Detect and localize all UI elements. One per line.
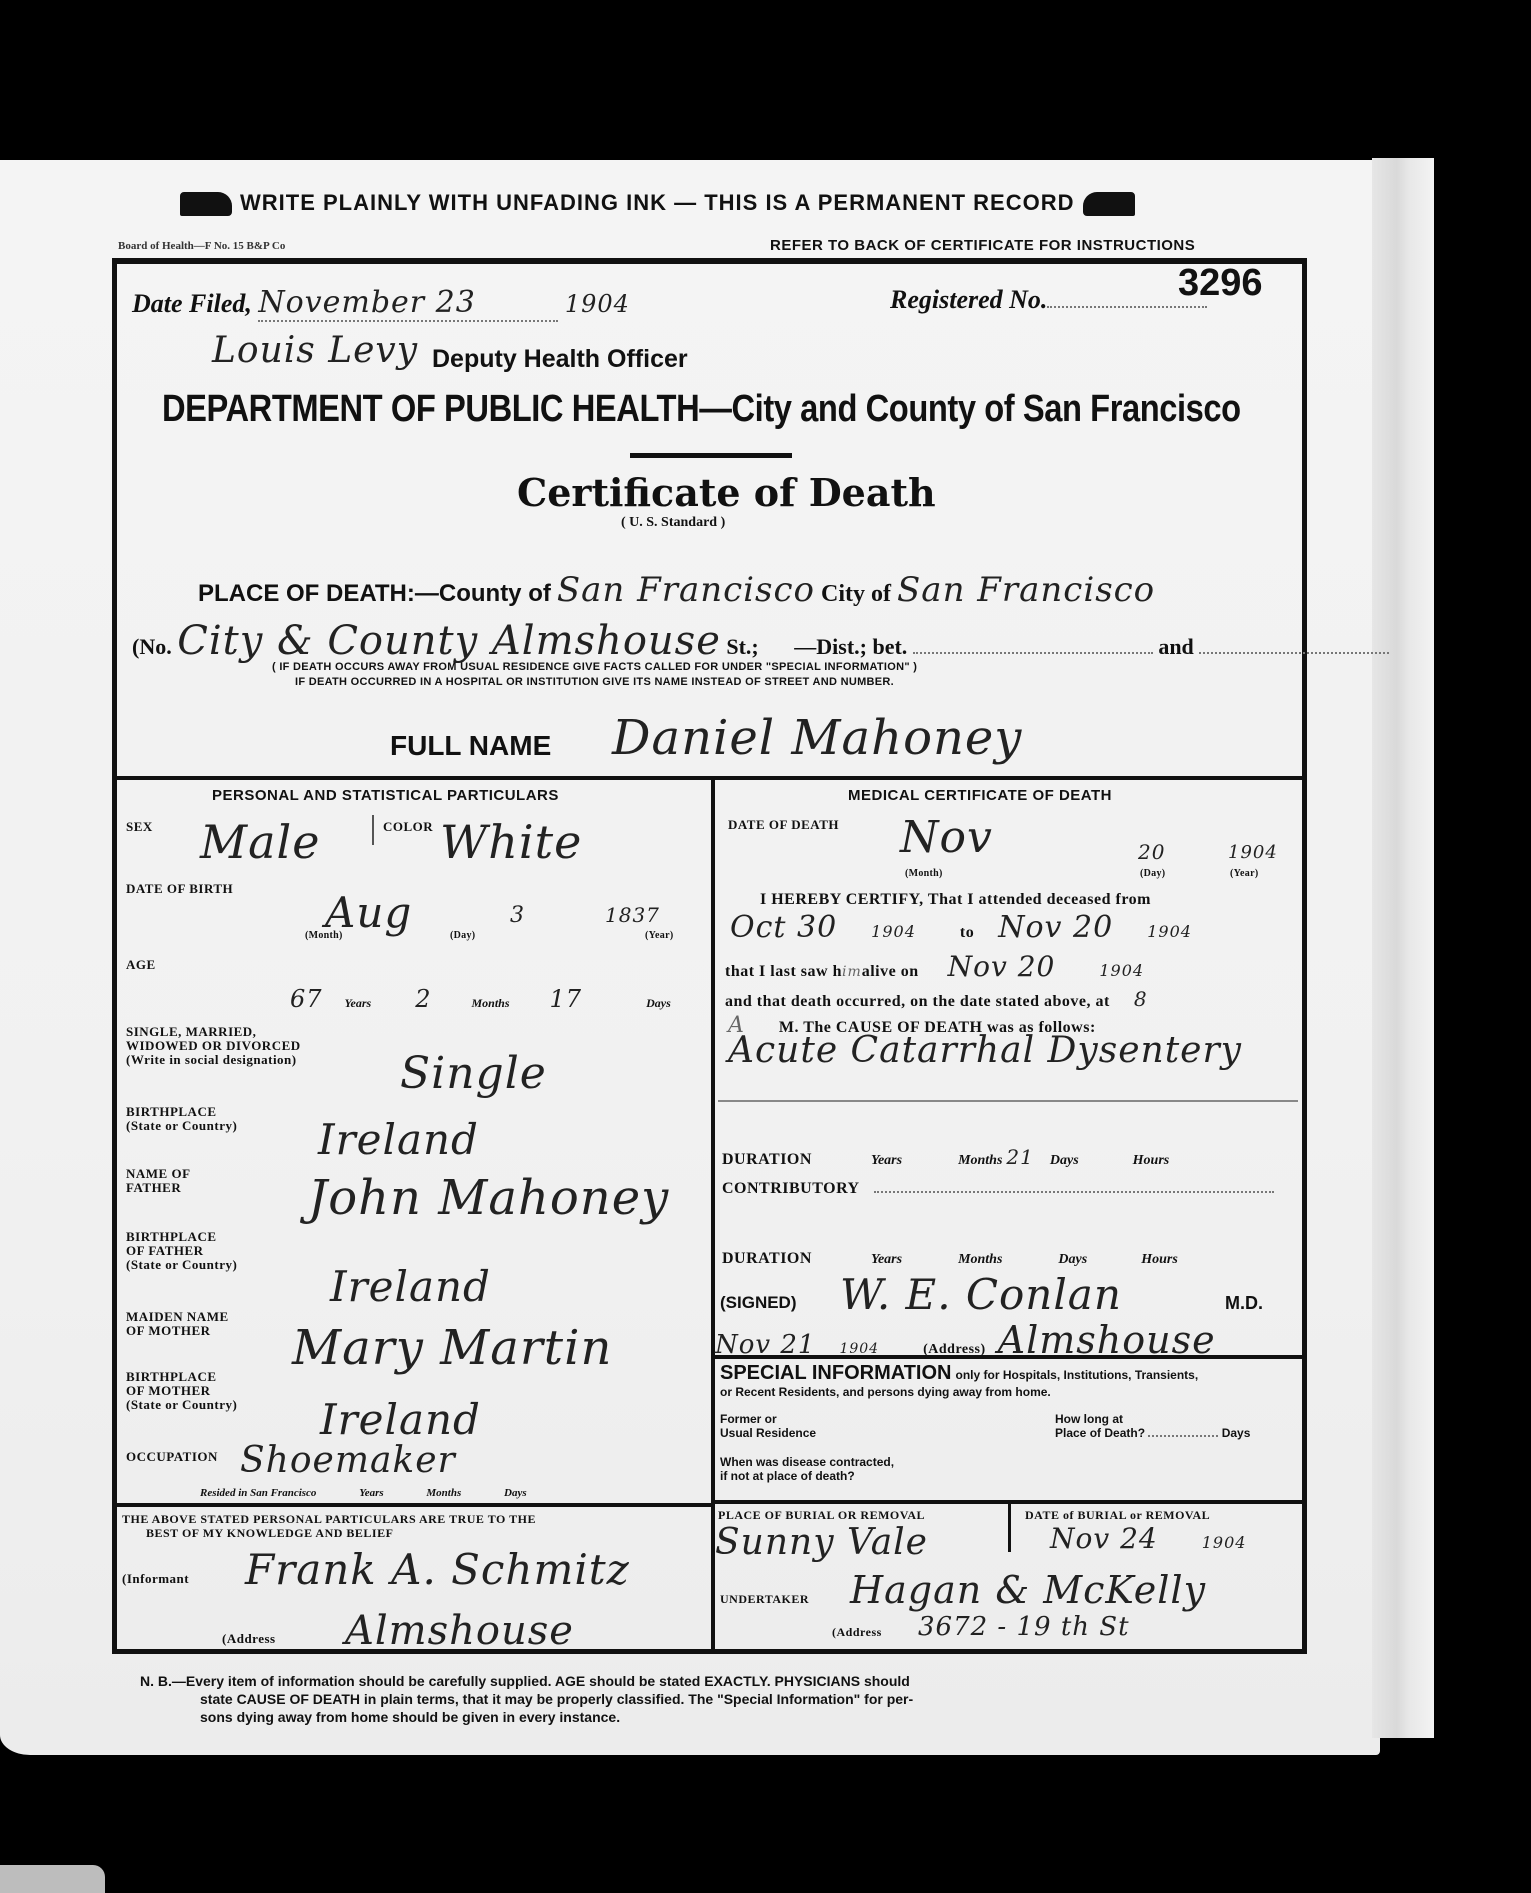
- mother-value: Mary Martin: [292, 1320, 612, 1376]
- how-long-label: How long at Place of Death? Days: [1055, 1412, 1250, 1440]
- duration-row: DURATION Years Months 21 Days Hours: [722, 1145, 1169, 1169]
- informant-label: (Informant: [122, 1572, 189, 1586]
- father-label: NAME OF FATHER: [126, 1167, 191, 1195]
- informant-address-value: Almshouse: [345, 1608, 574, 1654]
- dod-year: 1904: [1228, 842, 1278, 863]
- last-saw-row: that I last saw himalive on Nov 20 1904: [725, 950, 1144, 983]
- special-note: or Recent Residents, and persons dying a…: [720, 1385, 1051, 1399]
- dod-day: 20: [1138, 840, 1165, 864]
- certificate-title: Certificate of Death: [517, 470, 936, 515]
- contributory-row: CONTRIBUTORY: [722, 1180, 1274, 1198]
- color-value: White: [440, 815, 582, 869]
- certificate-subtitle: ( U. S. Standard ): [621, 515, 725, 531]
- residence-note-2: IF DEATH OCCURRED IN A HOSPITAL OR INSTI…: [295, 676, 894, 688]
- top-notice: WRITE PLAINLY WITH UNFADING INK — THIS I…: [172, 190, 1143, 216]
- column-divider: [711, 780, 715, 1650]
- attestation: THE ABOVE STATED PERSONAL PARTICULARS AR…: [122, 1512, 536, 1540]
- color-label: COLOR: [383, 820, 433, 834]
- burial-date-label: DATE of BURIAL or REMOVAL: [1025, 1508, 1210, 1522]
- marital-value: Single: [400, 1048, 547, 1099]
- certify-text: I HEREBY CERTIFY, That I attended deceas…: [760, 893, 1151, 907]
- cause-value: Acute Catarrhal Dysentery: [728, 1030, 1242, 1071]
- physician-signature: W. E. Conlan: [840, 1270, 1122, 1319]
- dod-month: Nov: [900, 812, 993, 863]
- dod-label: DATE OF DEATH: [728, 818, 839, 832]
- date-filed: Date Filed, November 23 1904: [132, 285, 630, 322]
- undertaker-address-value: 3672 - 19 th St: [918, 1612, 1130, 1642]
- burial-place-label: PLACE OF BURIAL OR REMOVAL: [718, 1508, 925, 1522]
- form-number: Board of Health—F No. 15 B&P Co: [118, 240, 285, 252]
- death-time-row: and that death occurred, on the date sta…: [725, 987, 1148, 1011]
- refer-note: REFER TO BACK OF CERTIFICATE FOR INSTRUC…: [770, 237, 1195, 254]
- city-value: San Francisco: [897, 570, 1155, 610]
- place-of-death: PLACE OF DEATH:—County of San Francisco …: [198, 570, 1155, 610]
- burial-date-row: Nov 24 1904: [1050, 1522, 1246, 1555]
- resided-row: Resided in San Francisco Years Months Da…: [200, 1487, 527, 1499]
- age-months: 2: [415, 985, 431, 1013]
- age-row: 67 Years 2 Months 17 Days: [290, 985, 671, 1013]
- signed-label: (SIGNED): [720, 1293, 797, 1313]
- section-divider: [117, 776, 1302, 780]
- sex-label: SEX: [126, 820, 153, 834]
- birthplace-value: Ireland: [318, 1115, 479, 1164]
- father-birthplace-label: BIRTHPLACE OF FATHER (State or Country): [126, 1230, 237, 1272]
- sex-value: Male: [200, 815, 320, 869]
- special-heading: SPECIAL INFORMATION only for Hospitals, …: [720, 1362, 1198, 1385]
- date-filed-year: 1904: [565, 290, 630, 318]
- dob-label: DATE OF BIRTH: [126, 882, 233, 896]
- md-label: M.D.: [1225, 1293, 1263, 1314]
- medical-heading: MEDICAL CERTIFICATE OF DEATH: [848, 787, 1112, 804]
- paper-edge: [1372, 158, 1434, 1738]
- attended-row: Oct 30 1904 to Nov 20 1904: [730, 910, 1192, 945]
- father-birthplace-value: Ireland: [330, 1262, 491, 1311]
- pointing-hand-icon: [180, 192, 232, 216]
- occupation-label: OCCUPATION: [126, 1450, 218, 1464]
- duration2-row: DURATION Years Months Days Hours: [722, 1250, 1178, 1268]
- dob-year: 1837: [605, 903, 660, 927]
- paper-scrap: [0, 1865, 105, 1893]
- undertaker-address-label: (Address: [832, 1625, 882, 1639]
- mother-birthplace-value: Ireland: [320, 1395, 481, 1444]
- undertaker-value: Hagan & McKelly: [850, 1568, 1206, 1612]
- contracted-label: When was disease contracted, if not at p…: [720, 1455, 894, 1483]
- full-name-value: Daniel Mahoney: [612, 710, 1022, 766]
- dob-day: 3: [510, 903, 525, 928]
- former-residence-label: Former or Usual Residence: [720, 1412, 816, 1440]
- deputy-title: Deputy Health Officer: [432, 345, 688, 374]
- street-line: (No. City & County Almshouse St.; —Dist.…: [132, 618, 1389, 664]
- date-filed-value: November 23: [258, 285, 558, 322]
- informant-address-label: (Address: [222, 1632, 276, 1646]
- registered-no-label: Registered No.: [890, 285, 1207, 315]
- birthplace-label: BIRTHPLACE (State or Country): [126, 1105, 237, 1133]
- occupation-value: Shoemaker: [240, 1440, 456, 1481]
- footer-note: N. B.—Every item of information should b…: [140, 1672, 913, 1726]
- pointing-hand-icon: [1083, 192, 1135, 216]
- age-years: 67: [290, 985, 323, 1013]
- personal-heading: PERSONAL AND STATISTICAL PARTICULARS: [212, 787, 559, 804]
- age-days: 17: [550, 985, 583, 1013]
- marital-label: SINGLE, MARRIED, WIDOWED OR DIVORCED (Wr…: [126, 1025, 301, 1067]
- full-name-label: FULL NAME: [390, 730, 551, 762]
- mother-birthplace-label: BIRTHPLACE OF MOTHER (State or Country): [126, 1370, 237, 1412]
- father-value: John Mahoney: [308, 1170, 669, 1226]
- title-rule: [630, 453, 792, 458]
- registered-no-value: 3296: [1178, 262, 1263, 305]
- street-value: City & County Almshouse: [177, 618, 721, 664]
- informant-value: Frank A. Schmitz: [245, 1545, 630, 1594]
- department-title: DEPARTMENT OF PUBLIC HEALTH—City and Cou…: [162, 388, 1241, 431]
- mother-label: MAIDEN NAME OF MOTHER: [126, 1310, 229, 1338]
- age-label: AGE: [126, 958, 156, 972]
- undertaker-label: UNDERTAKER: [720, 1592, 809, 1606]
- burial-place-value: Sunny Vale: [715, 1522, 928, 1563]
- residence-note-1: ( IF DEATH OCCURS AWAY FROM USUAL RESIDE…: [272, 661, 917, 673]
- county-value: San Francisco: [557, 570, 815, 610]
- deputy-signature: Louis Levy: [212, 330, 418, 371]
